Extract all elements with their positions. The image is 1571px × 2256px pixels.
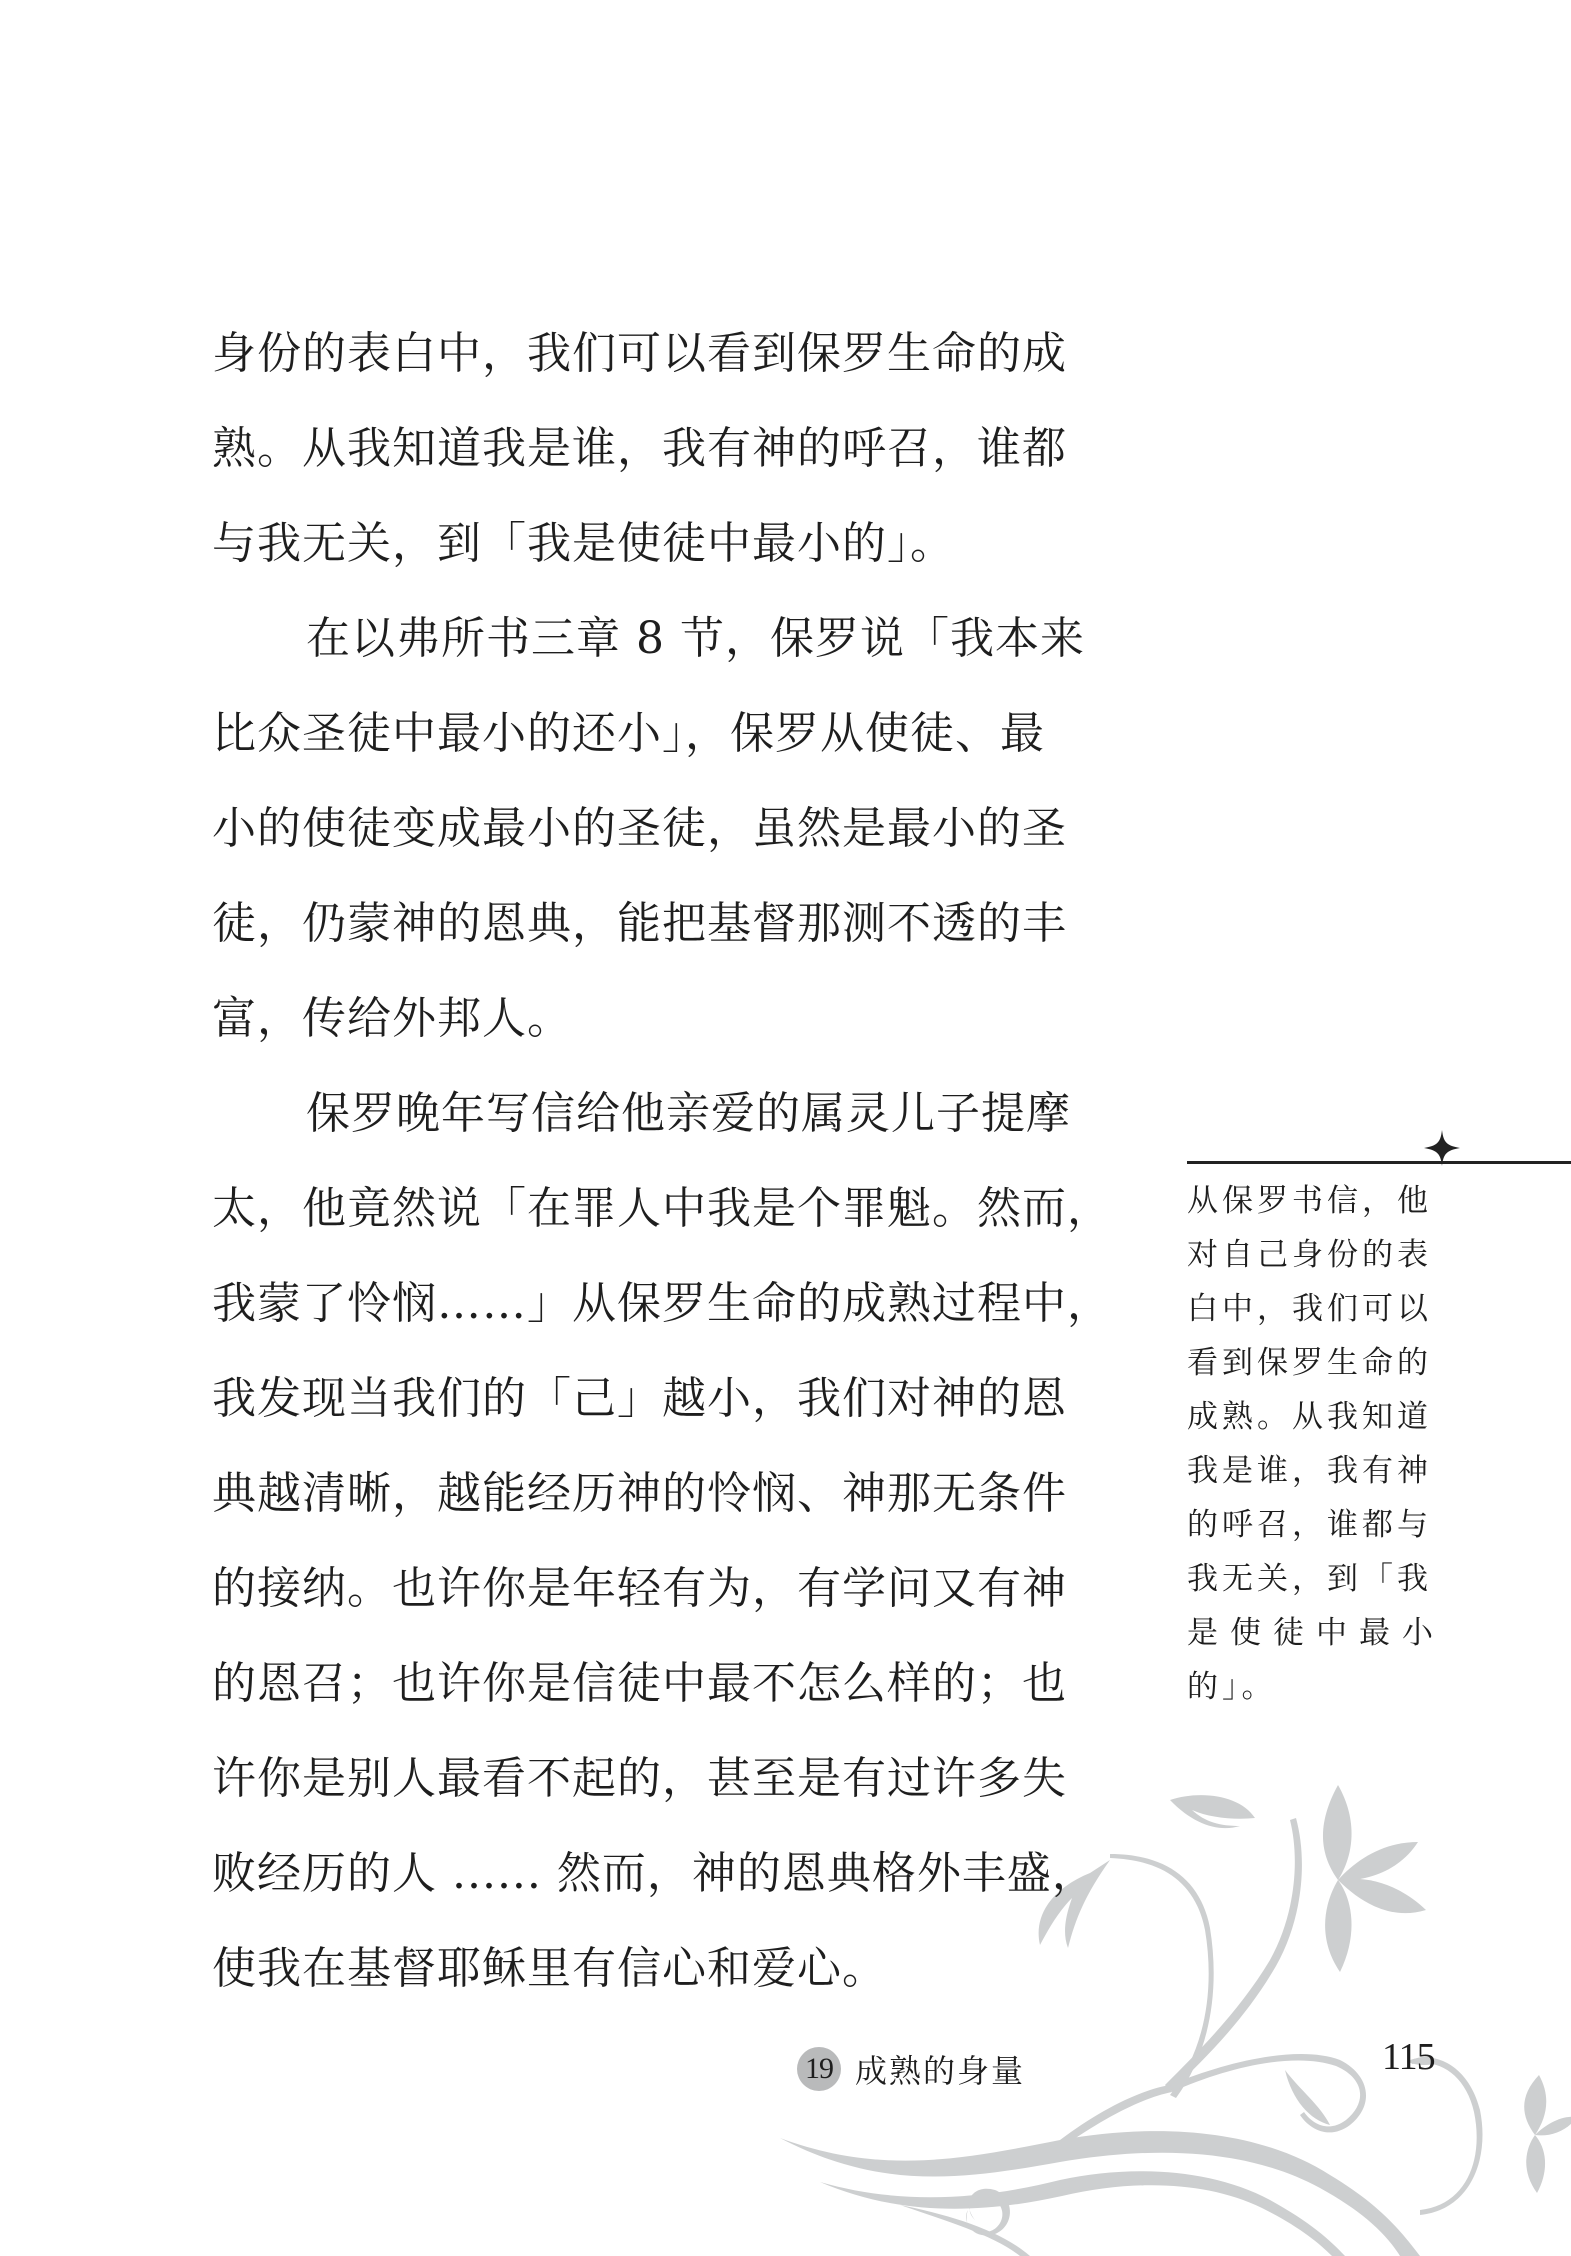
quote-line: 从保罗书信，他 xyxy=(1187,1174,1467,1228)
page-number: 115 xyxy=(1382,2035,1435,2079)
text-line: 富，传给外邦人。 xyxy=(212,971,1152,1066)
text-line: 许你是别人最看不起的，甚至是有过许多失 xyxy=(212,1731,1152,1826)
body-text: 身份的表白中，我们可以看到保罗生命的成 熟。从我知道我是谁，我有神的呼召，谁都 … xyxy=(212,306,1152,2016)
quote-line: 白中，我们可以 xyxy=(1187,1282,1467,1336)
text-line: 的接纳。也许你是年轻有为，有学问又有神 xyxy=(212,1541,1152,1636)
quote-line: 我是谁，我有神 xyxy=(1187,1444,1467,1498)
text-line: 的恩召；也许你是信徒中最不怎么样的；也 xyxy=(212,1636,1152,1731)
text-line: 熟。从我知道我是谁，我有神的呼召，谁都 xyxy=(212,401,1152,496)
paragraph: 保罗晚年写信给他亲爱的属灵儿子提摩 太，他竟然说「在罪人中我是个罪魁。然而， 我… xyxy=(212,1066,1152,2016)
text-line: 典越清晰，越能经历神的怜悯、神那无条件 xyxy=(212,1446,1152,1541)
text-line: 我发现当我们的「己」越小，我们对神的恩 xyxy=(212,1351,1152,1446)
text-line: 太，他竟然说「在罪人中我是个罪魁。然而， xyxy=(212,1161,1152,1256)
pull-quote-text: 从保罗书信，他 对自己身份的表 白中，我们可以 看到保罗生命的 成熟。从我知道 … xyxy=(1187,1174,1467,1714)
chapter-title: 成熟的身量 xyxy=(855,2046,1025,2092)
quote-line: 看到保罗生命的 xyxy=(1187,1336,1467,1390)
text-line: 败经历的人 ...... 然而，神的恩典格外丰盛， xyxy=(212,1826,1152,1921)
quote-line: 的呼召，谁都与 xyxy=(1187,1498,1467,1552)
text-line: 小的使徒变成最小的圣徒，虽然是最小的圣 xyxy=(212,781,1152,876)
text-line: 身份的表白中，我们可以看到保罗生命的成 xyxy=(212,306,1152,401)
quote-line: 我无关，到「我 xyxy=(1187,1552,1467,1606)
text-line: 在以弗所书三章 8 节，保罗说「我本来 xyxy=(212,591,1152,686)
quote-line: 对自己身份的表 xyxy=(1187,1228,1467,1282)
book-page: 身份的表白中，我们可以看到保罗生命的成 熟。从我知道我是谁，我有神的呼召，谁都 … xyxy=(0,0,1571,2256)
running-footer: 19 成熟的身量 xyxy=(797,2046,1025,2092)
quote-line: 的」。 xyxy=(1187,1660,1467,1714)
text-line: 与我无关，到「我是使徒中最小的」。 xyxy=(212,496,1152,591)
chapter-number-badge: 19 xyxy=(797,2047,841,2091)
text-line: 比众圣徒中最小的还小」，保罗从使徒、最 xyxy=(212,686,1152,781)
text-line: 保罗晚年写信给他亲爱的属灵儿子提摩 xyxy=(212,1066,1152,1161)
paragraph: 身份的表白中，我们可以看到保罗生命的成 熟。从我知道我是谁，我有神的呼召，谁都 … xyxy=(212,306,1152,591)
text-line: 徒，仍蒙神的恩典，能把基督那测不透的丰 xyxy=(212,876,1152,971)
paragraph: 在以弗所书三章 8 节，保罗说「我本来 比众圣徒中最小的还小」，保罗从使徒、最 … xyxy=(212,591,1152,1066)
quote-line: 是使徒中最小 xyxy=(1187,1606,1467,1660)
divider-rule xyxy=(1187,1161,1571,1164)
text-line: 使我在基督耶稣里有信心和爱心。 xyxy=(212,1921,1152,2016)
text-line: 我蒙了怜悯……」从保罗生命的成熟过程中， xyxy=(212,1256,1152,1351)
quote-line: 成熟。从我知道 xyxy=(1187,1390,1467,1444)
